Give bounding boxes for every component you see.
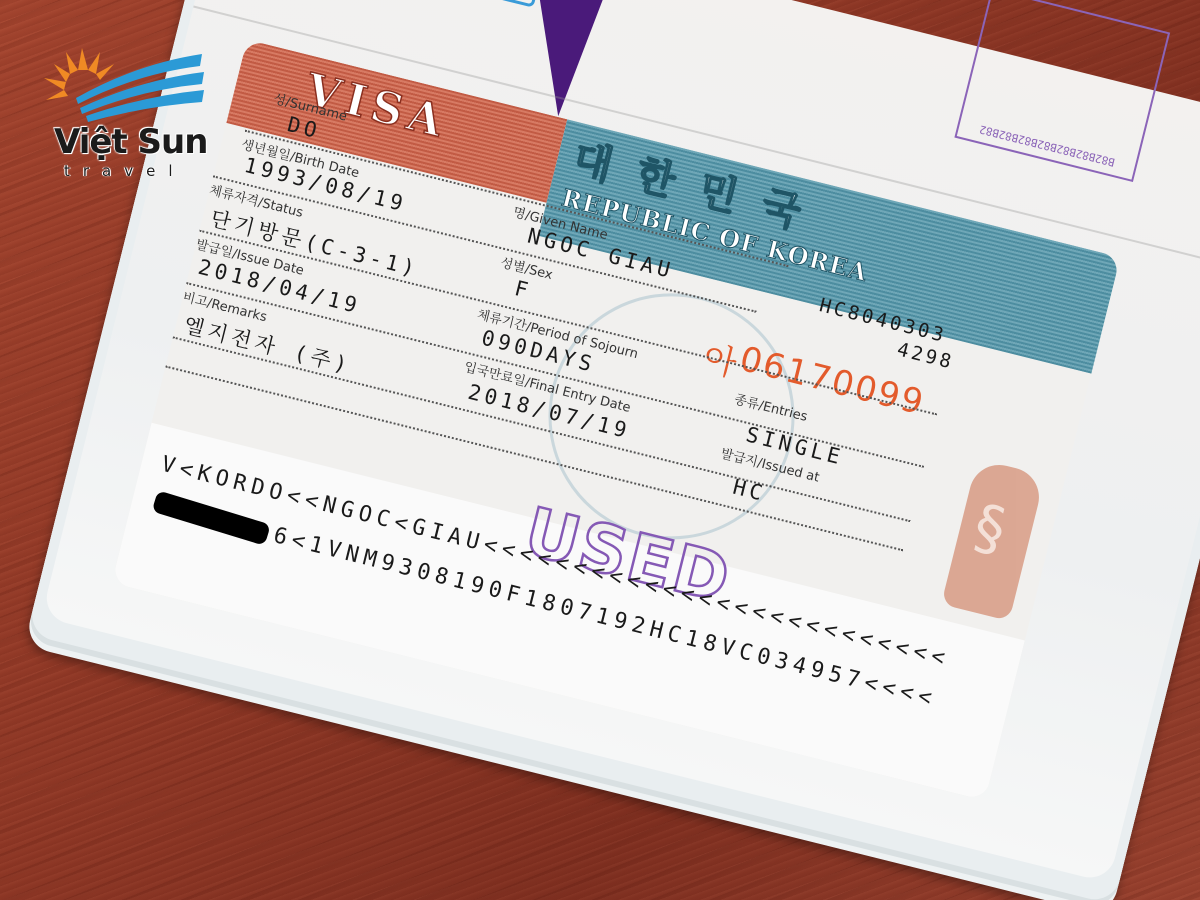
sex-value: F [512, 276, 534, 303]
blue-entry-stamp: 226 [330, 0, 560, 8]
logo-tagline: travel [64, 162, 186, 180]
purple-v-stamp [518, 0, 613, 120]
viet-sun-logo: Việt Sun travel [36, 44, 206, 184]
logo-brand-text: Việt Sun [54, 122, 207, 162]
purple-rect-stamp: B82B82B82B82B82B82B82 [954, 0, 1170, 182]
ornament-icon [941, 459, 1045, 621]
control-number-suffix: 4298 [895, 338, 956, 373]
sun-waves-logo-icon [36, 44, 206, 124]
passport: 226 B82B82B82B82B82B82B82 VISA 대한민국 REPU… [41, 0, 1200, 888]
passport-page: 226 B82B82B82B82B82B82B82 VISA 대한민국 REPU… [41, 0, 1200, 883]
